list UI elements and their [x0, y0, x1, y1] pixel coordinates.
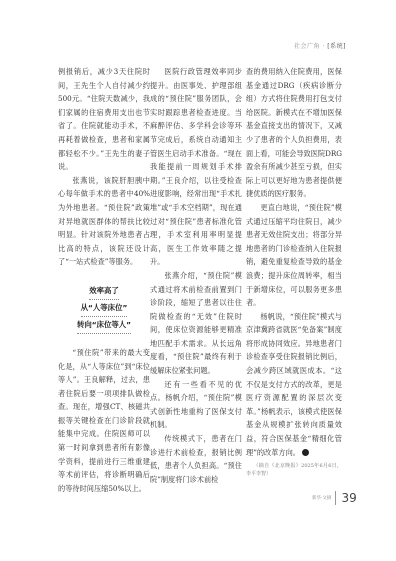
paragraph: 查的费用纳入住院费用，医保基金通过DRG（疾病诊断分组）方式将住院费用打包支付给…	[246, 65, 342, 201]
subsection-label: [系统]	[327, 43, 346, 50]
paragraph: 医院行政管理效率同步提升。由医事处、护理部组成的“预住院”服务团队，会实时跟踪患…	[150, 65, 242, 269]
page-number: 39	[341, 491, 356, 505]
paragraph: 张燕介绍，“预住院”模式通过将术前检查前置到门诊阶段，缩短了患者以往住院做检查的…	[150, 269, 242, 378]
paragraph: 还有一些看不见的优点。杨帆介绍，“预住院”模式创新性地重构了医保支付机制。	[150, 378, 242, 432]
paragraph: 更直白地说，“预住院”模式通过压缩平均住院日，减少患者无效住院支出；将部分异地患…	[246, 201, 342, 310]
page-footer: 新华·文摘 39	[312, 491, 357, 505]
running-header: 社会广角 · [系统]	[294, 41, 346, 50]
paragraph: 张燕说，该院肝胆胰中心每年做手术的患者中40%为外地患者。“预住院”政策对异地就…	[58, 174, 150, 269]
paragraph: 杨帆说，“预住院”模式与京津冀跨省就医“免备案”制度将形成协同效应。异地患者门诊…	[246, 310, 342, 460]
column-middle: 医院行政管理效率同步提升。由医事处、护理部组成的“预住院”服务团队，会实时跟踪患…	[150, 65, 242, 486]
paragraph: “预住院”带来的最大变化是，从“人等床位”到“床位等人”。王良解释，过去，患者住…	[58, 346, 150, 496]
paragraph: 例报销后，减少3天住院时间，王先生个人自付减少约500元。“住院天数减少，我们家…	[58, 65, 150, 174]
magazine-label: 新华·文摘	[312, 495, 331, 501]
paragraph: 传统模式下，患者在门诊进行术前检查，报销比例低，患者个人负担高。“预住院”制度将…	[150, 432, 242, 486]
footer-divider	[335, 491, 336, 505]
paragraph-text: 杨帆说，“预住院”模式与京津冀跨省就医“免备案”制度将形成协同效应。异地患者门诊…	[246, 312, 342, 457]
column-left: 例报销后，减少3天住院时间，王先生个人自付减少约500元。“住院天数减少，我们家…	[58, 65, 150, 495]
column-right: 查的费用纳入住院费用，医保基金通过DRG（疾病诊断分组）方式将住院费用打包支付给…	[246, 65, 342, 478]
subheading-line: 转向“床位等人”	[77, 317, 131, 334]
end-of-article-icon	[302, 449, 309, 456]
subheading-line: 效率高了	[89, 283, 119, 300]
source-citation: （摘自《北京晚报》2025年6月6日，李平李智）	[246, 462, 342, 478]
section-subheading: 效率高了 从“人等床位” 转向“床位等人”	[58, 283, 150, 334]
subheading-line: 从“人等床位”	[81, 300, 128, 317]
section-label: 社会广角 ·	[294, 43, 325, 50]
